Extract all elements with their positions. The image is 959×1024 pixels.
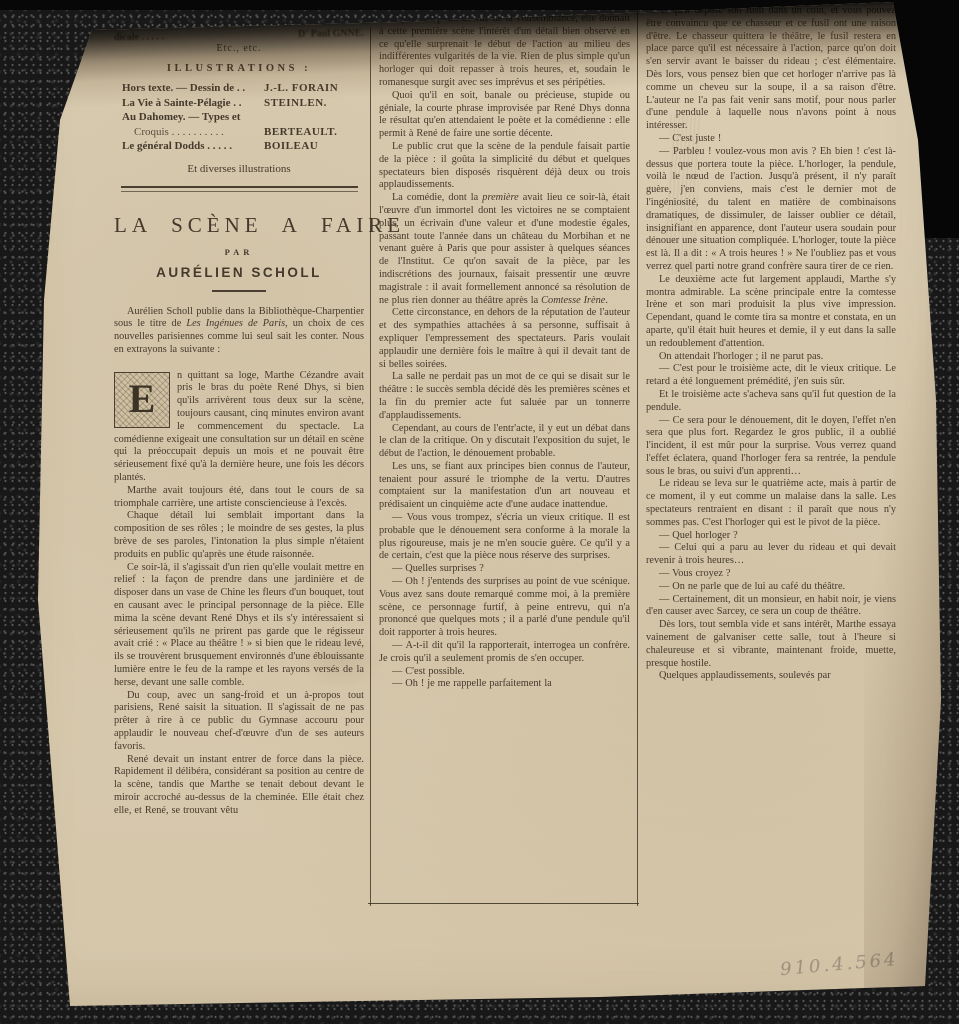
masthead-partial-line: dicale . . . . . D' Paul GNNE. xyxy=(114,28,364,43)
paragraph: — Vous croyez ? xyxy=(646,568,896,581)
column-1-text: n quittant sa loge, Marthe Cézandre avai… xyxy=(114,370,364,818)
credit-row: Hors texte. — Dessin de . .J.-L. FORAIN xyxy=(122,81,356,96)
paragraph: La comédie, dont la première avait lieu … xyxy=(379,192,630,307)
paragraph: Cependant, au cours de l'entr'acte, il y… xyxy=(379,423,630,461)
paragraph: Le rideau se leva sur le quatrième acte,… xyxy=(646,478,896,529)
paragraph: — On ne parle que de lui au café du théâ… xyxy=(646,581,896,594)
masthead-partial-right: D' Paul GNNE. xyxy=(298,28,364,40)
credit-label: Croquis . . . . . . . . . . xyxy=(122,125,264,140)
paragraph: La salle ne perdait pas un mot de ce qui… xyxy=(379,371,630,422)
paragraph: — Parbleu ! voulez-vous mon avis ? Eh bi… xyxy=(646,146,896,274)
paragraph: — C'est juste ! xyxy=(646,133,896,146)
credits-list: Hors texte. — Dessin de . .J.-L. FORAINL… xyxy=(122,81,356,154)
handwritten-catalog-number: 910.4.564 xyxy=(779,949,899,980)
paragraph: — Celui qui a paru au lever du rideau et… xyxy=(646,542,896,568)
column-divider xyxy=(370,28,371,906)
credit-name: STEINLEN. xyxy=(264,96,356,111)
credit-label: Au Dahomey. — Types et xyxy=(122,110,264,125)
paragraph: Chaque détail lui semblait important dan… xyxy=(114,510,364,561)
paragraph: — C'est possible. xyxy=(379,666,630,679)
byline-par: PAR xyxy=(114,247,364,257)
credit-name: J.-L. FORAIN xyxy=(264,81,356,96)
credit-label: Hors texte. — Dessin de . . xyxy=(122,81,264,96)
credit-row: Croquis . . . . . . . . . .BERTEAULT. xyxy=(122,125,356,140)
credit-label: Le général Dodds . . . . . xyxy=(122,139,264,154)
intro-paragraph: Aurélien Scholl publie dans la Bibliothè… xyxy=(114,306,364,357)
column-1: dicale . . . . . D' Paul GNNE. Etc., etc… xyxy=(114,30,364,818)
credit-row: La Vie à Sainte-Pélagie . .STEINLEN. xyxy=(122,96,356,111)
paragraph: — Vous vous trompez, s'écria un vieux cr… xyxy=(379,512,630,563)
credit-name: BERTEAULT. xyxy=(264,125,356,140)
column-2: Bien plus, au point de vue de la vraisem… xyxy=(379,13,630,691)
credit-label: La Vie à Sainte-Pélagie . . xyxy=(122,96,264,111)
paragraph: Le public crut que la scène de la pendul… xyxy=(379,141,630,192)
paragraph: — Quelles surprises ? xyxy=(379,563,630,576)
drop-cap-initial: E xyxy=(114,372,170,428)
newspaper-page: dicale . . . . . D' Paul GNNE. Etc., etc… xyxy=(0,0,959,1024)
paragraph: Bien plus, au point de vue de la vraisem… xyxy=(379,13,630,90)
column-3-text: … et qu'il dépose son fusil dans un coin… xyxy=(646,5,896,683)
masthead-rule xyxy=(121,186,358,192)
paragraph: Et le troisième acte s'acheva sans qu'il… xyxy=(646,389,896,415)
column-2-text: Bien plus, au point de vue de la vraisem… xyxy=(379,13,630,691)
paragraph: Ce soir-là, il s'agissait d'un rien qu'e… xyxy=(114,562,364,690)
paragraph: Les uns, se fiant aux principes bien con… xyxy=(379,461,630,512)
paragraph: Aurélien Scholl publie dans la Bibliothè… xyxy=(114,306,364,357)
paragraph: — Oh ! je me rappelle parfaitement la xyxy=(379,678,630,691)
author-name: AURÉLIEN SCHOLL xyxy=(114,265,364,280)
credit-row: Le général Dodds . . . . .BOILEAU xyxy=(122,139,356,154)
paragraph: — Ce sera pour le dénouement, dit le doy… xyxy=(646,415,896,479)
column-2-bottom-rule xyxy=(368,903,639,904)
paragraph: Quelques applaudissements, soulevés par xyxy=(646,670,896,683)
author-rule xyxy=(212,290,266,292)
credit-name: BOILEAU xyxy=(264,139,356,154)
article-body: E n quittant sa loge, Marthe Cézandre av… xyxy=(114,370,364,818)
paragraph: Du coup, avec un sang-froid et un à-prop… xyxy=(114,690,364,754)
paragraph: — A-t-il dit qu'il la rapporterait, inte… xyxy=(379,640,630,666)
credit-name xyxy=(264,110,356,125)
paragraph: Marthe avait toujours été, dans tout le … xyxy=(114,485,364,511)
paragraph: Dès lors, tout sembla vide et sans intér… xyxy=(646,619,896,670)
column-3: … et qu'il dépose son fusil dans un coin… xyxy=(646,5,896,683)
paragraph: Cette circonstance, en dehors de la répu… xyxy=(379,307,630,371)
paragraph: Quoi qu'il en soit, banale ou précieuse,… xyxy=(379,90,630,141)
paragraph: … et qu'il dépose son fusil dans un coin… xyxy=(646,5,896,133)
masthead: dicale . . . . . D' Paul GNNE. Etc., etc… xyxy=(114,30,364,192)
etc-line: Etc., etc. xyxy=(114,43,364,54)
paragraph: — Quel horloger ? xyxy=(646,530,896,543)
diverse-illustrations-line: Et diverses illustrations xyxy=(114,163,364,175)
paragraph: Le deuxième acte fut largement applaudi,… xyxy=(646,274,896,351)
illustrations-heading: ILLUSTRATIONS : xyxy=(114,63,364,74)
article-title: LA SCÈNE A FAIRE xyxy=(114,213,364,238)
photo-scene: dicale . . . . . D' Paul GNNE. Etc., etc… xyxy=(0,0,959,1024)
paragraph: — C'est pour le troisième acte, dit le v… xyxy=(646,363,896,389)
paragraph: — Oh ! j'entends des surprises au point … xyxy=(379,576,630,640)
credit-row: Au Dahomey. — Types et xyxy=(122,110,356,125)
column-divider xyxy=(637,10,638,906)
paragraph: René devait un instant entrer de force d… xyxy=(114,754,364,818)
paragraph: — Certainement, dit un monsieur, en habi… xyxy=(646,594,896,620)
title-block: LA SCÈNE A FAIRE PAR AURÉLIEN SCHOLL xyxy=(114,213,364,292)
masthead-partial-left: dicale . . . . . xyxy=(114,31,164,43)
paragraph: On attendait l'horloger ; il ne parut pa… xyxy=(646,351,896,364)
